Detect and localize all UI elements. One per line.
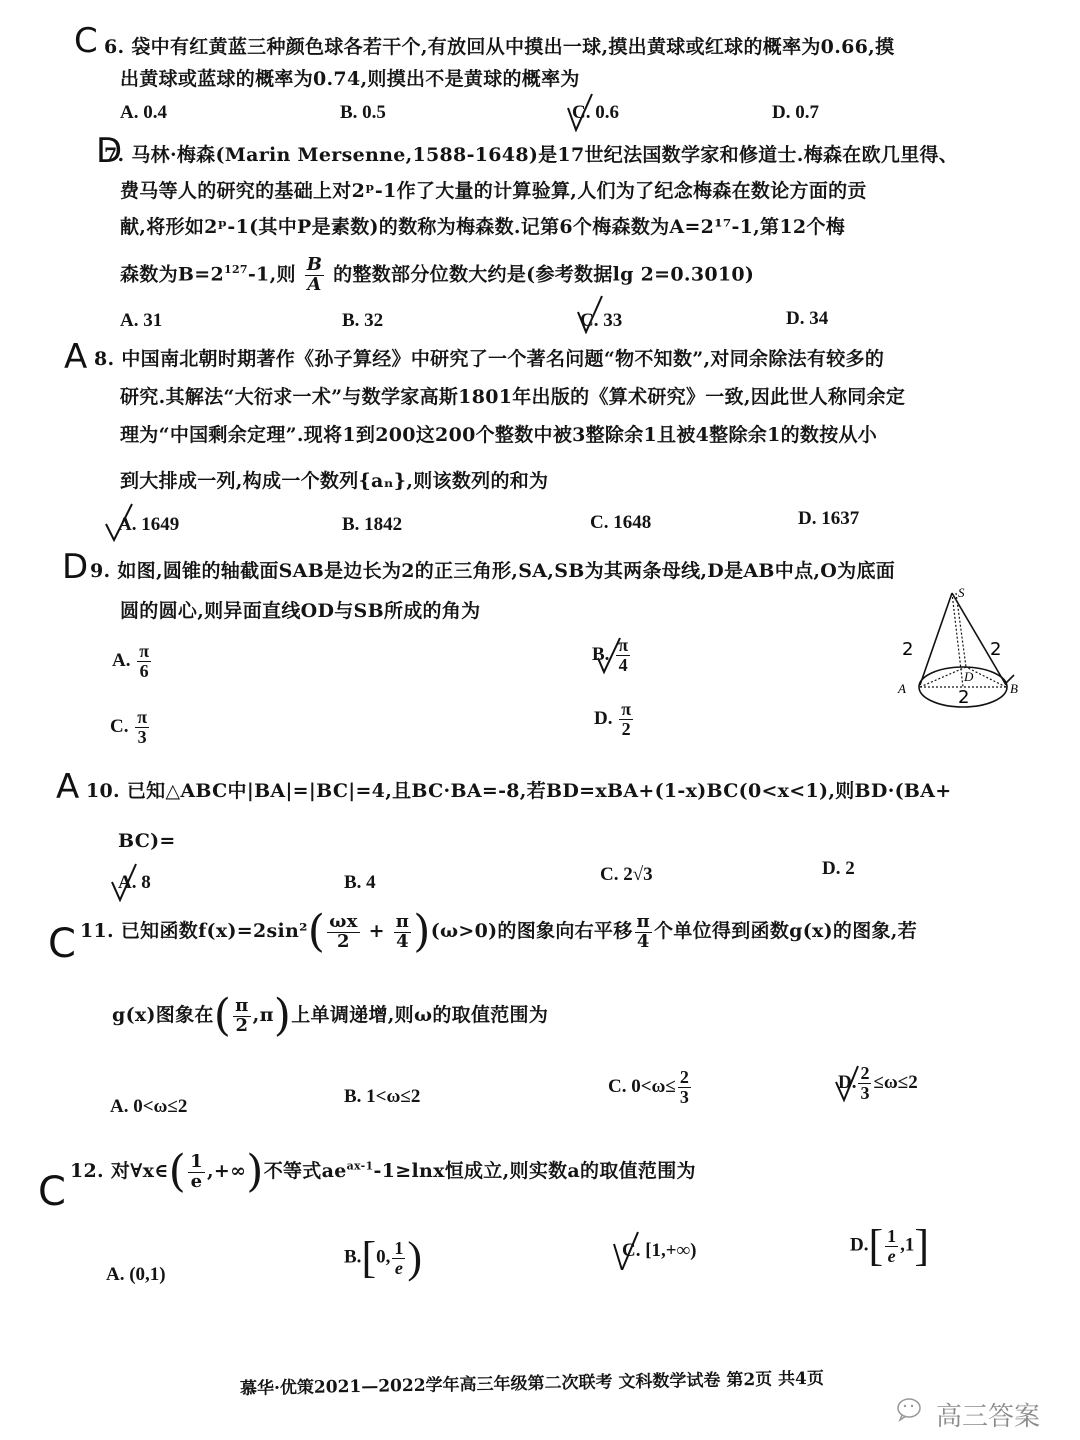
option-b: B. 0.5 xyxy=(340,102,386,124)
option-a: A. π6 xyxy=(112,642,153,681)
option-d: D. 1637 xyxy=(798,508,859,530)
question-11-line-2: g(x)图象在(π2,π)上单调递增,则ω的取值范围为 xyxy=(112,994,548,1038)
option-d: D. π2 xyxy=(594,700,635,739)
checkmark-icon xyxy=(834,1064,864,1104)
cone-figure: S A B D 2 2 2 xyxy=(890,585,1040,715)
question-10-line-2: BC)= xyxy=(118,830,176,852)
handwritten-base: 2 xyxy=(958,687,969,708)
question-7-line-2: 费马等人的研究的基础上对2ᵖ-1作了大量的计算验算,人们为了纪念梅森在数论方面的… xyxy=(120,176,867,203)
checkmark-icon xyxy=(576,294,606,334)
wechat-logo-icon xyxy=(896,1396,926,1422)
fraction: π4 xyxy=(394,913,411,952)
question-6-line-1: 6. 袋中有红黄蓝三种颜色球各若干个,有放回从中摸出一球,摸出黄球或红球的概率为… xyxy=(104,32,894,59)
q7-text-post: 的整数部分位数大约是(参考数据lg 2=0.3010) xyxy=(333,263,754,285)
handwritten-answer-mark: D xyxy=(62,550,88,584)
option-d: D. 0.7 xyxy=(772,102,819,124)
fraction: 1e xyxy=(885,1227,898,1266)
label-b: B xyxy=(1010,681,1018,696)
question-7-line-4: 森数为B=2127-1,则 BA 的整数部分位数大约是(参考数据lg 2=0.3… xyxy=(120,256,754,295)
handwritten-side-left: 2 xyxy=(902,639,913,660)
fraction: π2 xyxy=(619,700,633,739)
q7-exponent: 127 xyxy=(224,263,248,276)
question-8-line-3: 理为“中国剩余定理”.现将1到200这200个整数中被3整除余1且被4整除余1的… xyxy=(120,420,877,447)
handwritten-answer-mark: A xyxy=(56,770,79,804)
fraction: 23 xyxy=(678,1068,691,1107)
q7-text-pre: 森数为B=2 xyxy=(120,263,224,285)
handwritten-answer-mark: C xyxy=(74,24,98,58)
fraction: π4 xyxy=(635,913,652,952)
checkmark-icon xyxy=(104,502,134,542)
question-8-line-1: 8. 中国南北朝时期著作《孙子算经》中研究了一个著名问题“物不知数”,对同余除法… xyxy=(94,344,884,371)
question-9-line-2: 圆的圆心,则异面直线OD与SB所成的角为 xyxy=(120,596,480,623)
label-a: A xyxy=(897,681,906,696)
handwritten-side-right: 2 xyxy=(990,639,1001,660)
label-s: S xyxy=(958,585,965,600)
option-c: C. 1648 xyxy=(590,512,651,534)
checkmark-icon xyxy=(566,92,596,132)
question-10-line-1: 10. 已知△ABC中|BA|=|BC|=4,且BC·BA=-8,若BD=xBA… xyxy=(86,776,952,803)
watermark-text: 高三答案 xyxy=(936,1396,1040,1433)
label-d: D xyxy=(963,669,974,684)
option-b: B. 1842 xyxy=(342,514,402,536)
option-b: B. 4 xyxy=(344,872,376,894)
checkmark-icon xyxy=(110,862,140,902)
option-a: A. 0.4 xyxy=(120,102,167,124)
question-11-line-1: 11. 已知函数f(x)=2sin²(ωx2 + π4)(ω>0)的图象向右平移… xyxy=(80,910,917,954)
fraction: 1e xyxy=(188,1153,205,1192)
fraction: ωx2 xyxy=(327,913,359,952)
option-a: A. 0<ω≤2 xyxy=(110,1096,187,1118)
option-b: B.[0,1e) xyxy=(344,1236,422,1280)
option-d: D. 2 xyxy=(822,858,855,880)
fraction: π6 xyxy=(137,642,151,681)
fraction: 1e xyxy=(392,1239,405,1278)
option-b: B. 32 xyxy=(342,310,383,332)
question-12-line-1: 12. 对∀x∈(1e,+∞)不等式aeax-1-1≥lnx恒成立,则实数a的取… xyxy=(70,1150,696,1194)
q7-text-mid: -1,则 xyxy=(248,263,296,285)
option-a: A. 31 xyxy=(120,310,162,332)
option-c: C. π3 xyxy=(110,708,151,747)
option-b: B. 1<ω≤2 xyxy=(344,1086,420,1108)
handwritten-answer-mark: C xyxy=(48,924,76,964)
option-c: C. 2√3 xyxy=(600,864,653,886)
question-9-line-1: 9. 如图,圆锥的轴截面SAB是边长为2的正三角形,SA,SB为其两条母线,D是… xyxy=(90,556,895,583)
option-c: C. 0<ω≤23 xyxy=(608,1068,693,1107)
question-8-line-4: 到大排成一列,构成一个数列{aₙ},则该数列的和为 xyxy=(120,466,548,493)
question-7-line-1: 7. 马林·梅森(Marin Mersenne,1588-1648)是17世纪法… xyxy=(104,140,958,167)
fraction-b-over-a: BA xyxy=(305,256,325,295)
handwritten-answer-mark: C xyxy=(38,1172,66,1212)
question-6-line-2: 出黄球或蓝球的概率为0.74,则摸出不是黄球的概率为 xyxy=(120,64,580,91)
fraction: π2 xyxy=(233,997,250,1036)
question-8-line-2: 研究.其解法“大衍求一术”与数学家高斯1801年出版的《算术研究》一致,因此世人… xyxy=(120,382,905,409)
page-footer: 慕华·优策2021—2022学年高三年级第二次联考 文科数学试卷 第2页 共4页 xyxy=(240,1364,824,1399)
option-d: D. 34 xyxy=(786,308,828,330)
fraction: π3 xyxy=(135,708,149,747)
handwritten-answer-mark: A xyxy=(64,340,87,374)
option-a: A. (0,1) xyxy=(106,1264,166,1286)
option-d: D.[1e,1] xyxy=(850,1224,929,1268)
checkmark-icon xyxy=(596,636,626,676)
question-7-line-3: 献,将形如2ᵖ-1(其中P是素数)的数称为梅森数.记第6个梅森数为A=2¹⁷-1… xyxy=(120,212,845,239)
checkmark-icon xyxy=(612,1230,642,1270)
